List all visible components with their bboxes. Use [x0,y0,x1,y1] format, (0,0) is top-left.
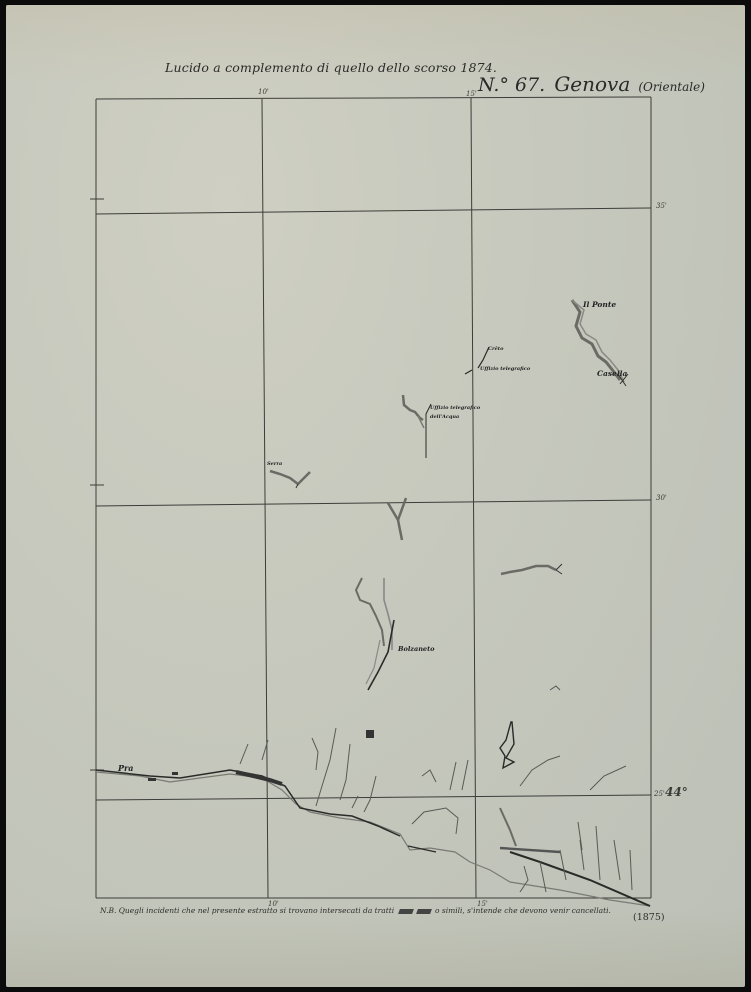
coast-railway [96,770,650,906]
sheet-number: N.° 67. [478,74,545,96]
serra-road [270,471,310,488]
place-il-ponte: Il Ponte [583,300,616,309]
map-title: N.° 67. Genova (Orientale) [478,72,705,96]
right-tick-30: 30' [656,494,667,502]
acqua-roads [403,395,431,458]
top-tick-15: 15' [466,90,477,98]
right-tick-35: 35' [656,202,667,210]
place-serra: Serra [267,461,282,467]
place-bolzaneto: Bolzaneto [398,645,434,653]
place-telegraph-acqua: Uffizio telegrafico [430,405,480,411]
place-creto: Crêto [488,346,503,352]
sheet-qualifier: (Orientale) [638,80,705,94]
right-tick-25: 25' [654,790,665,798]
map-subtitle: Lucido a complemento di quello dello sco… [165,60,497,75]
map-drawing [0,0,751,992]
bolzaneto-valley [356,578,394,690]
outline-feature [500,722,514,768]
place-pra: Pra [118,763,133,773]
top-tick-10: 10' [258,88,269,96]
note-text-2: o simili, s'intende che devono venir can… [435,906,611,915]
settlement-marks [148,730,374,781]
place-telegraph-creto: Uffizio telegrafico [480,366,530,372]
map-year: (1875) [633,912,665,923]
latitude-44: 44° [665,785,688,799]
note-text-1: N.B. Quegli incidenti che nel presente e… [100,906,394,915]
hatch-swatch-1 [398,909,414,914]
streams [240,728,632,892]
footer-note: N.B. Quegli incidenti che nel presente e… [100,906,611,915]
sheet-name: Genova [554,72,630,96]
fork-road [388,498,406,540]
east-road [501,564,562,574]
place-acqua: dell'Acqua [430,414,459,420]
place-casella: Casella [597,369,627,378]
hatch-swatch-2 [416,909,432,914]
small-mark [550,686,560,690]
